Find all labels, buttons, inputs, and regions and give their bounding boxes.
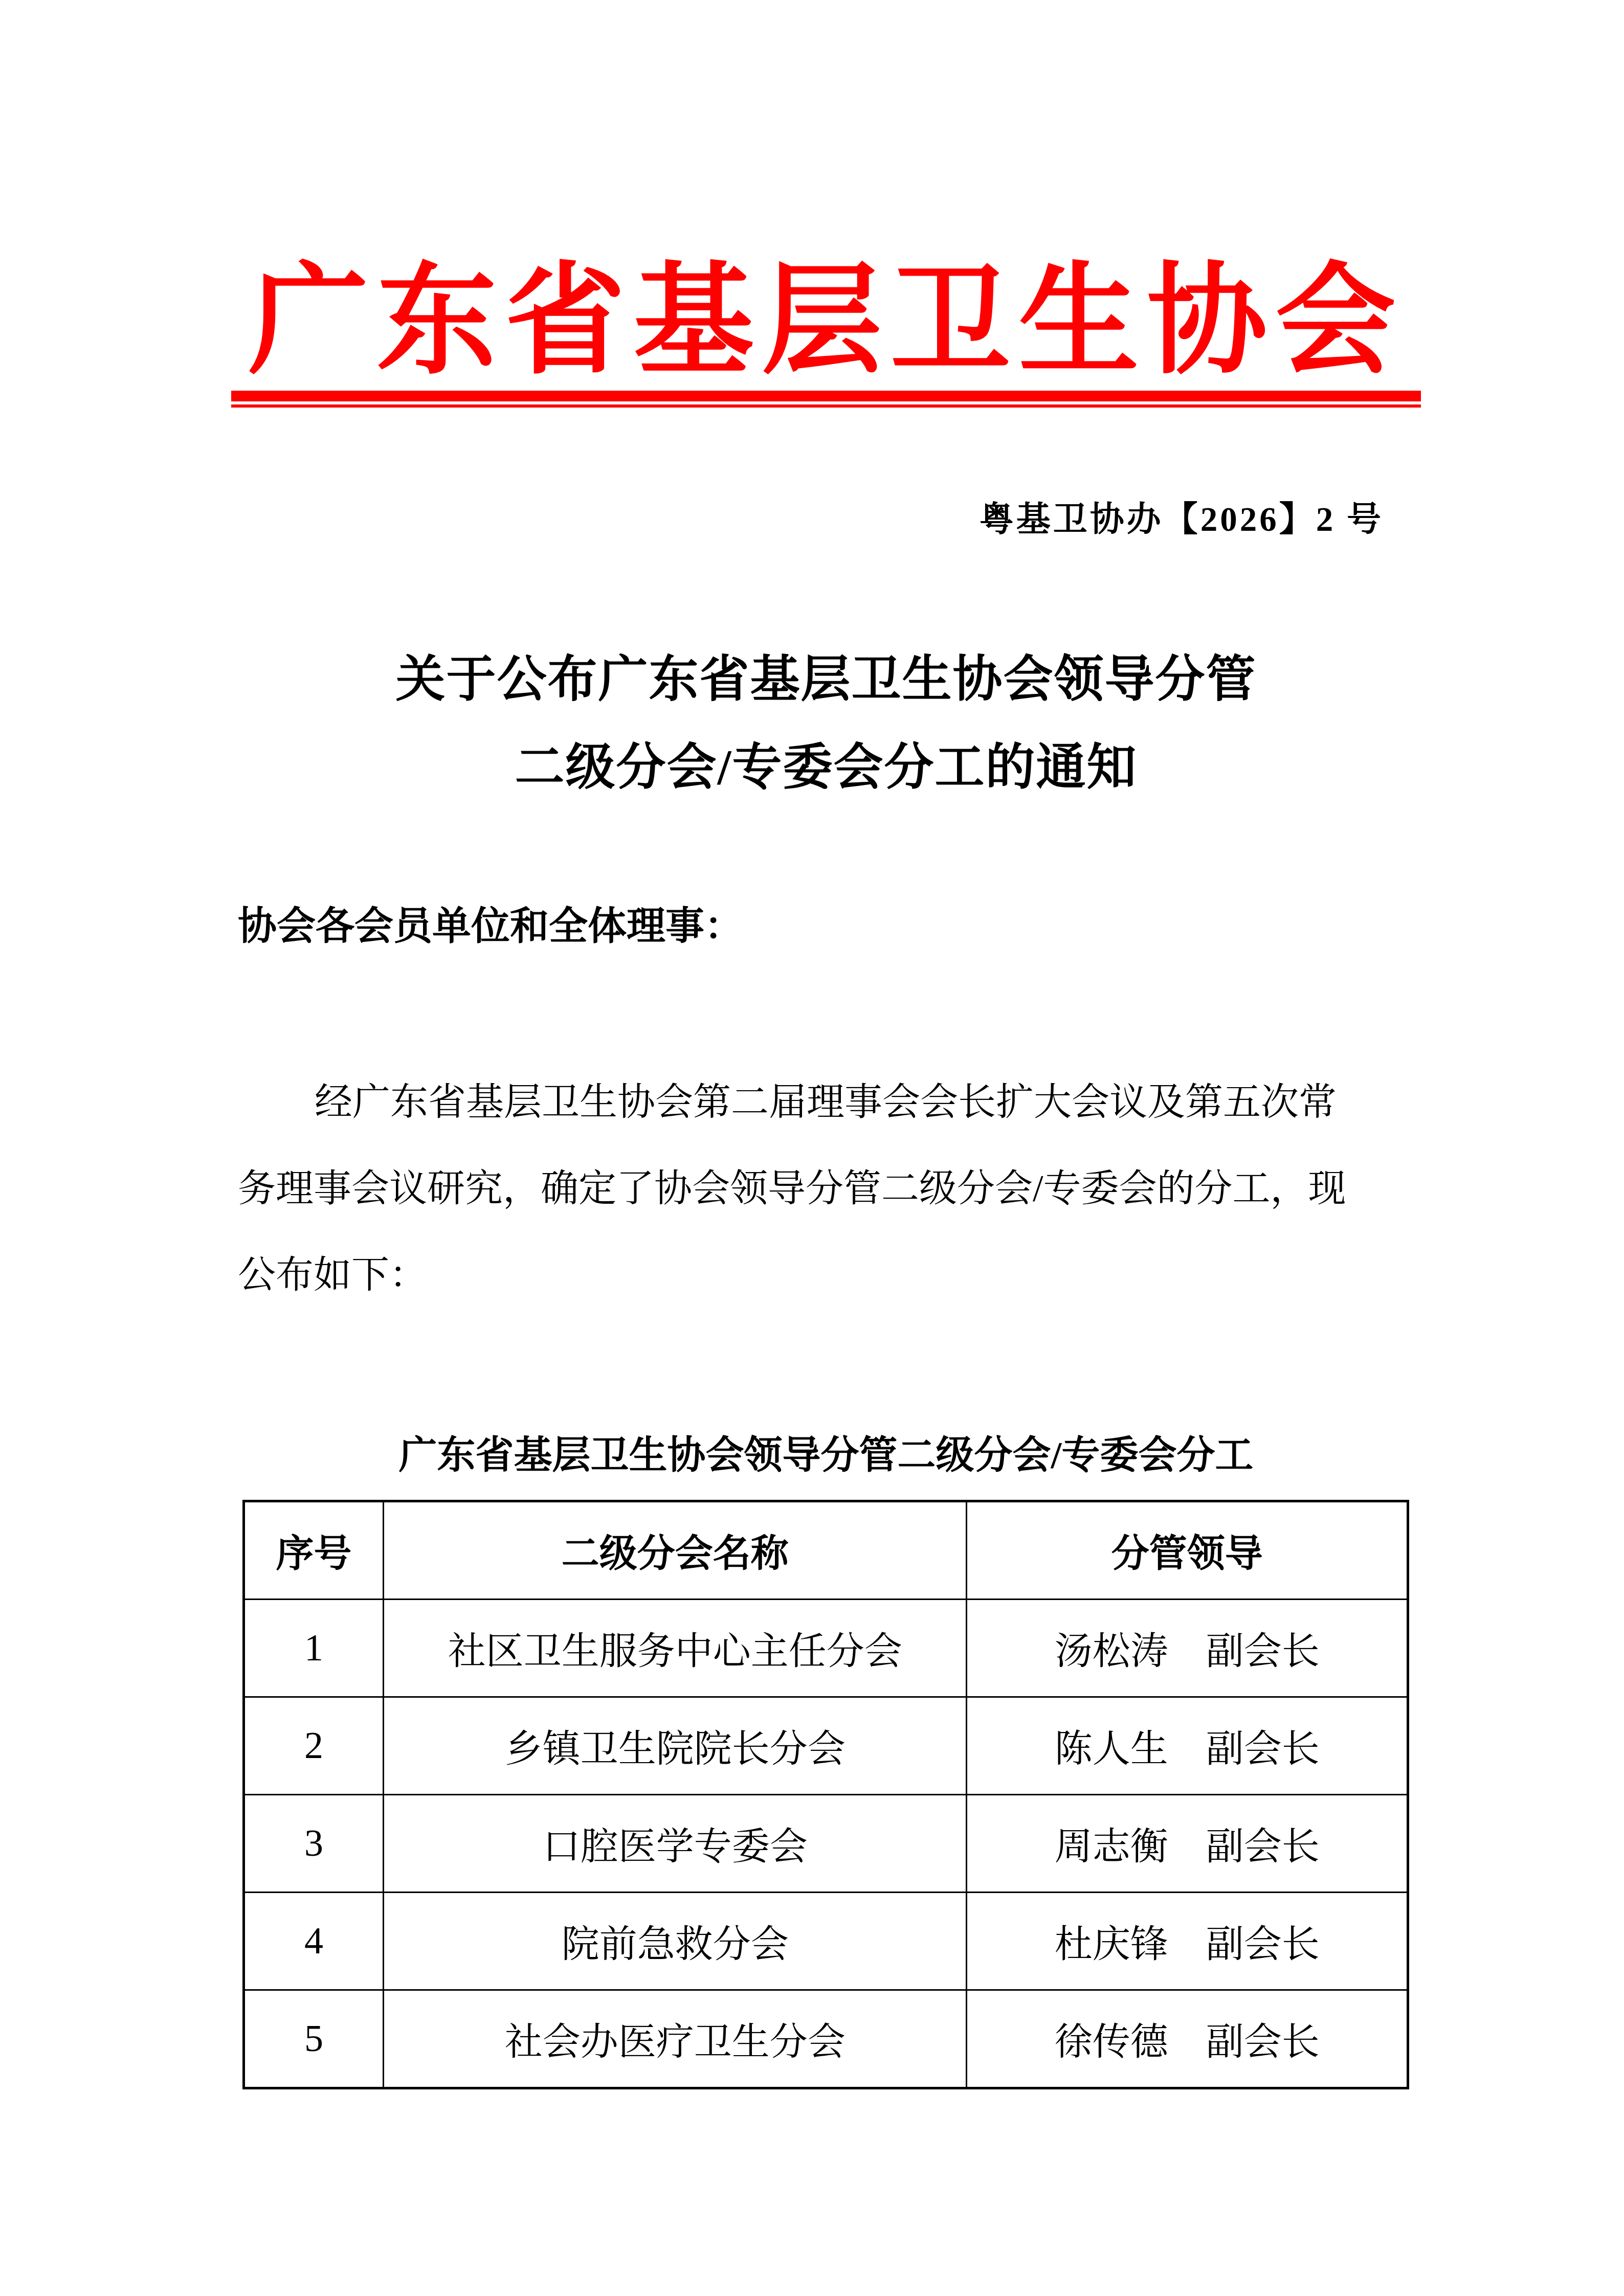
table-row: 5 社会办医疗卫生分会 徐传德 副会长 (244, 1990, 1408, 2088)
row-index-cell: 5 (244, 1990, 384, 2088)
letterhead-org-name: 广东省基层卫生协会 (233, 255, 1419, 389)
leader-cell: 周志衡 副会长 (967, 1795, 1408, 1893)
branch-name-cell: 社会办医疗卫生分会 (384, 1990, 967, 2088)
header-cell-leader: 分管领导 (967, 1501, 1408, 1600)
row-index-cell: 3 (244, 1795, 384, 1893)
salutation: 协会各会员单位和全体理事： (238, 895, 743, 951)
branch-name-cell: 乡镇卫生院院长分会 (384, 1697, 967, 1795)
body-line-2: 务理事会议研究，确定了协会领导分管二级分会/专委会的分工，现 (238, 1146, 1386, 1232)
table-caption: 广东省基层卫生协会领导分管二级分会/专委会分工 (233, 1425, 1419, 1479)
notice-title-line-1: 关于公布广东省基层卫生协会领导分管 (233, 636, 1419, 724)
table-header-row: 序号 二级分会名称 分管领导 (244, 1501, 1408, 1600)
leader-cell: 陈人生 副会长 (967, 1697, 1408, 1795)
table-row: 3 口腔医学专委会 周志衡 副会长 (244, 1795, 1408, 1893)
branch-name-cell: 口腔医学专委会 (384, 1795, 967, 1893)
table-body: 1 社区卫生服务中心主任分会 汤松涛 副会长 2 乡镇卫生院院长分会 陈人生 副… (244, 1600, 1408, 2088)
letterhead-rule-thin (231, 404, 1421, 408)
row-index-cell: 4 (244, 1893, 384, 1990)
body-line-1: 经广东省基层卫生协会第二届理事会会长扩大会议及第五次常 (238, 1060, 1386, 1146)
header-cell-index: 序号 (244, 1501, 384, 1600)
letterhead-rule-thick (231, 391, 1421, 401)
notice-page: 广东省基层卫生协会 粤基卫协办【2026】2 号 关于公布广东省基层卫生协会领导… (0, 0, 1624, 2296)
header-cell-branch-name: 二级分会名称 (384, 1501, 967, 1600)
row-index-cell: 2 (244, 1697, 384, 1795)
table-row: 2 乡镇卫生院院长分会 陈人生 副会长 (244, 1697, 1408, 1795)
branch-name-cell: 社区卫生服务中心主任分会 (384, 1600, 967, 1697)
notice-title-line-2: 二级分会/专委会分工的通知 (233, 724, 1419, 812)
body-line-3: 公布如下： (238, 1232, 1386, 1319)
leader-cell: 徐传德 副会长 (967, 1990, 1408, 2088)
leader-cell: 汤松涛 副会长 (967, 1600, 1408, 1697)
row-index-cell: 1 (244, 1600, 384, 1697)
table-row: 1 社区卫生服务中心主任分会 汤松涛 副会长 (244, 1600, 1408, 1697)
document-number: 粤基卫协办【2026】2 号 (233, 492, 1384, 541)
table-row: 4 院前急救分会 杜庆锋 副会长 (244, 1893, 1408, 1990)
branch-name-cell: 院前急救分会 (384, 1893, 967, 1990)
assignment-table: 序号 二级分会名称 分管领导 1 社区卫生服务中心主任分会 汤松涛 副会长 2 … (242, 1500, 1409, 2089)
body-paragraph: 经广东省基层卫生协会第二届理事会会长扩大会议及第五次常 务理事会议研究，确定了协… (238, 1060, 1386, 1319)
notice-title: 关于公布广东省基层卫生协会领导分管 二级分会/专委会分工的通知 (233, 636, 1419, 812)
leader-cell: 杜庆锋 副会长 (967, 1893, 1408, 1990)
